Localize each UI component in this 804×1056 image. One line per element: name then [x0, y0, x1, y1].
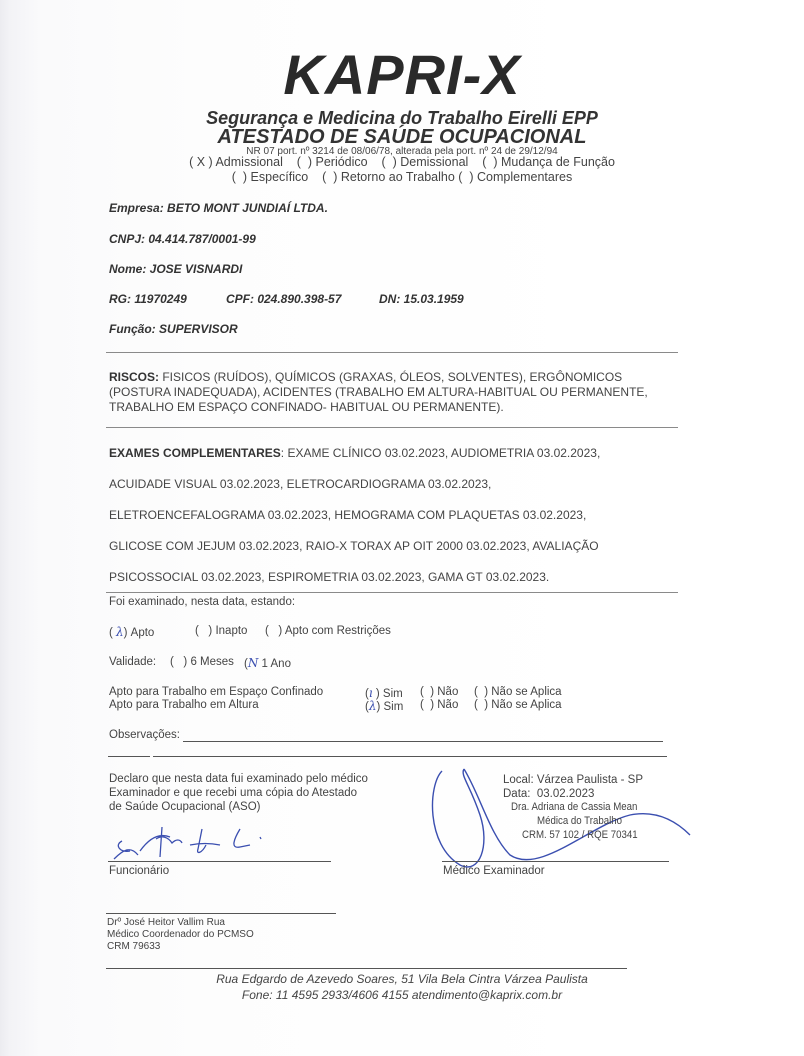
- observacoes-input-line[interactable]: [183, 741, 663, 742]
- coordinator-title: Médico Coordenador do PCMSO: [107, 929, 254, 940]
- examiner-signature-line: [442, 861, 669, 862]
- confinado-sim-option[interactable]: (ı ) Sim: [365, 686, 403, 700]
- footer-divider: [106, 968, 627, 969]
- footer-address: Rua Edgardo de Azevedo Soares, 51 Vila B…: [0, 972, 804, 986]
- exames-line-5: PSICOSSOCIAL 03.02.2023, ESPIROMETRIA 03…: [109, 570, 549, 584]
- employee-signature-icon: [110, 815, 290, 865]
- apto-option[interactable]: ( λ) Apto: [109, 625, 154, 639]
- riscos-section: RISCOS: FISICOS (RUÍDOS), QUÍMICOS (GRAX…: [109, 370, 679, 415]
- riscos-label: RISCOS:: [109, 370, 159, 384]
- seis-meses-label: 6 Meses: [190, 656, 233, 668]
- local-field: Local: Várzea Paulista - SP: [503, 774, 643, 786]
- observacoes-label: Observações:: [109, 729, 180, 741]
- altura-nao-option[interactable]: ( ) Não: [420, 699, 458, 711]
- apto-restricoes-option[interactable]: ( ) Apto com Restrições: [265, 625, 391, 637]
- dn-field: DN: 15.03.1959: [379, 292, 464, 306]
- altura-sim-option[interactable]: (λ) Sim: [365, 699, 403, 713]
- confinado-nao-option[interactable]: ( ) Não: [420, 686, 458, 698]
- result-intro: Foi examinado, nesta data, estando:: [109, 596, 295, 608]
- funcionario-label: Funcionário: [109, 865, 169, 877]
- divider: [106, 352, 678, 353]
- nao-label: Não: [437, 686, 458, 698]
- exames-label: EXAMES COMPLEMENTARES: [109, 446, 281, 460]
- medico-examinador-label: Médico Examinador: [443, 865, 545, 877]
- cnpj-field: CNPJ: 04.414.787/0001-99: [109, 232, 256, 246]
- rg-field: RG: 11970249: [109, 292, 187, 306]
- validade-1-ano-option[interactable]: (N 1 Ano: [244, 656, 291, 670]
- exames-line-4: GLICOSE COM JEJUM 03.02.2023, RAIO-X TOR…: [109, 539, 599, 553]
- apto-label: Apto: [131, 627, 155, 639]
- inapto-option[interactable]: ( ) Inapto: [195, 625, 247, 637]
- funcao-field: Função: SUPERVISOR: [109, 322, 238, 336]
- inapto-label: Inapto: [215, 625, 247, 637]
- observacoes-input-line[interactable]: [153, 756, 667, 757]
- altura-na-option[interactable]: ( ) Não se Aplica: [474, 699, 562, 711]
- stamp-crm: CRM. 57 102 / RQE 70341: [522, 829, 638, 841]
- nao-aplica-label: Não se Aplica: [491, 686, 561, 698]
- exames-text: : EXAME CLÍNICO 03.02.2023, AUDIOMETRIA …: [281, 446, 601, 460]
- divider: [106, 427, 678, 428]
- coordinator-crm: CRM 79633: [107, 941, 160, 952]
- footer-contact: Fone: 11 4595 2933/4606 4155 atendimento…: [0, 988, 804, 1002]
- nao-label: Não: [437, 699, 458, 711]
- nome-field: Nome: JOSE VISNARDI: [109, 262, 242, 276]
- apto-restricoes-label: Apto com Restrições: [285, 625, 391, 637]
- sim-label: Sim: [383, 701, 403, 713]
- exam-type-options-row1: ( X ) Admissional ( ) Periódico ( ) Demi…: [0, 155, 804, 169]
- check-mark-icon: N: [248, 656, 259, 670]
- company-logo: KAPRI-X: [0, 42, 804, 107]
- stamp-name: Dra. Adriana de Cassia Mean: [511, 801, 637, 813]
- data-field: Data: 03.02.2023: [503, 788, 594, 800]
- altura-label: Apto para Trabalho em Altura: [109, 699, 259, 711]
- confinado-na-option[interactable]: ( ) Não se Aplica: [474, 686, 562, 698]
- check-mark-icon: ı: [369, 686, 373, 700]
- check-mark-icon: λ: [116, 625, 124, 639]
- employee-signature-line: [108, 861, 331, 862]
- exames-line-1: EXAMES COMPLEMENTARES: EXAME CLÍNICO 03.…: [109, 446, 600, 460]
- coordinator-name: Drº José Heitor Vallim Rua: [107, 917, 225, 928]
- validade-label: Validade:: [109, 656, 156, 668]
- empresa-field: Empresa: BETO MONT JUNDIAÍ LTDA.: [109, 201, 328, 215]
- exam-type-options-row2: ( ) Específico ( ) Retorno ao Trabalho (…: [0, 170, 804, 184]
- check-mark-icon: λ: [369, 699, 377, 713]
- um-ano-label: 1 Ano: [262, 658, 291, 670]
- divider: [106, 592, 678, 593]
- cpf-field: CPF: 024.890.398-57: [226, 292, 341, 306]
- validade-6-meses-option[interactable]: ( ) 6 Meses: [170, 656, 234, 668]
- declaration-line-3: de Saúde Ocupacional (ASO): [109, 801, 261, 813]
- declaration-line-2: Examinador e que recebi uma cópia do Ate…: [109, 787, 357, 799]
- observacoes-input-line[interactable]: [108, 756, 150, 757]
- riscos-text: FISICOS (RUÍDOS), QUÍMICOS (GRAXAS, ÓLEO…: [109, 370, 648, 414]
- nao-aplica-label: Não se Aplica: [491, 699, 561, 711]
- confinado-label: Apto para Trabalho em Espaço Confinado: [109, 686, 323, 698]
- stamp-title: Médica do Trabalho: [537, 815, 622, 827]
- coordinator-signature-line: [106, 913, 336, 914]
- exames-line-2: ACUIDADE VISUAL 03.02.2023, ELETROCARDIO…: [109, 477, 491, 491]
- exames-line-3: ELETROENCEFALOGRAMA 03.02.2023, HEMOGRAM…: [109, 508, 586, 522]
- declaration-line-1: Declaro que nesta data fui examinado pel…: [109, 773, 368, 785]
